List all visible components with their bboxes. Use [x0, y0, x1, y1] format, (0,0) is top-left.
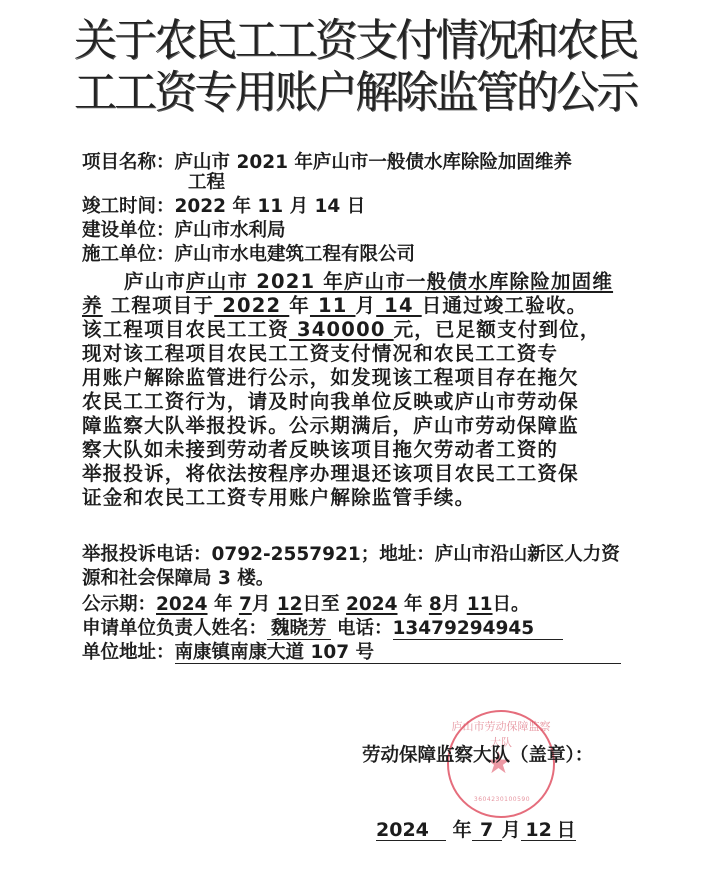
month-unit: 月: [252, 594, 271, 615]
completion-label: 竣工时间：: [82, 196, 175, 217]
notice-title-line-2: 工工资专用账户解除监管的公示: [7, 66, 703, 120]
day-suffix: 日。: [493, 594, 530, 615]
body-line-7: 障监察大队举报投诉。公示期满后，庐山市劳动保障监: [82, 414, 579, 438]
period-start-day: 12: [277, 594, 303, 615]
signature-org-label: 劳动保障监察大队（盖章）：: [362, 741, 593, 767]
completion-value: 2022 年 11 月 14 日: [175, 196, 366, 217]
year-unit: 年: [404, 594, 423, 615]
seal-number: 3604230100590: [467, 796, 537, 803]
sign-month: 7: [472, 820, 502, 841]
phone-value: 13479294945: [393, 619, 563, 640]
period-start-month: 7: [239, 594, 252, 615]
body-city: 庐山市: [124, 270, 186, 293]
contractor-value: 庐山市水电建筑工程有限公司: [175, 244, 416, 265]
day-to: 日至: [303, 594, 340, 615]
month-unit: 月: [355, 294, 376, 317]
address-row: 单位地址： 南康镇南康大道 107 号: [82, 642, 621, 664]
month-unit: 月: [502, 819, 521, 841]
period-label: 公示期：: [82, 594, 156, 615]
hotline-line: 举报投诉电话：0792-2557921；地址：庐山市沿山新区人力资: [82, 544, 620, 566]
body-line-4: 现对该工程项目农民工工资支付情况和农民工工资专: [82, 342, 558, 366]
period-end-day: 11: [467, 594, 493, 615]
builder-row: 建设单位：庐山市水利局: [82, 220, 286, 242]
leader-name: 魏晓芳: [267, 619, 331, 640]
project-name-fill: 庐山市 2021 年庐山市一般债水库除险加固维: [186, 270, 613, 293]
body-line-3: 该工程项目农民工工资 340000 元，已足额支付到位，: [82, 318, 601, 342]
sign-day: 12: [521, 820, 557, 841]
body-text: 元，已足额支付到位，: [394, 318, 601, 341]
contractor-row: 施工单位：庐山市水电建筑工程有限公司: [82, 244, 415, 266]
completion-day-fill: 14: [376, 294, 422, 317]
body-text: 该工程项目农民工工资: [82, 318, 289, 341]
wage-amount-fill: 340000: [289, 318, 394, 341]
body-line-8: 察大队如未接到劳动者反映该项目拖欠劳动者工资的: [82, 438, 558, 462]
project-name-continued: 工程: [188, 172, 225, 194]
hotline-line-2: 源和社会保障局 3 楼。: [82, 568, 274, 590]
period-start-year: 2024: [156, 594, 208, 615]
project-name-label: 项目名称：: [82, 152, 175, 173]
body-text: 工程项目于: [103, 294, 215, 317]
day-unit: 日: [557, 820, 576, 841]
completion-date-row: 竣工时间：2022 年 11 月 14 日: [82, 196, 365, 218]
completion-month-fill: 11: [310, 294, 356, 317]
period-end-month: 8: [429, 594, 442, 615]
notice-title-line-1: 关于农民工工资支付情况和农民: [7, 14, 703, 68]
completion-year-fill: 2022: [214, 294, 289, 317]
project-name-value: 庐山市 2021 年庐山市一般债水库除险加固维养: [175, 152, 572, 173]
address-label: 单位地址：: [82, 642, 175, 663]
contractor-label: 施工单位：: [82, 244, 175, 265]
project-name-fill-cont: 养: [82, 294, 103, 317]
leader-row: 申请单位负责人姓名： 魏晓芳 电话： 13479294945: [82, 618, 563, 640]
body-line-5: 用账户解除监管进行公示，如发现该工程项目存在拖欠: [82, 366, 579, 390]
builder-label: 建设单位：: [82, 220, 175, 241]
body-text: 日通过竣工验收。: [422, 294, 588, 317]
address-value: 南康镇南康大道 107 号: [175, 643, 621, 664]
year-unit: 年: [214, 594, 233, 615]
leader-label: 申请单位负责人姓名：: [82, 618, 267, 639]
sign-year: 2024: [376, 820, 446, 841]
body-line-9: 举报投诉，将依法按程序办理退还该项目农民工工资保: [82, 462, 579, 486]
project-name-row: 项目名称：庐山市 2021 年庐山市一般债水库除险加固维养: [82, 152, 572, 174]
notice-period-row: 公示期：2024 年 7月 12日至 2024 年 8月 11日。: [82, 594, 530, 616]
year-unit: 年: [453, 819, 472, 841]
phone-label: 电话：: [337, 618, 393, 639]
builder-value: 庐山市水利局: [175, 220, 286, 241]
signature-date: 2024 年 7 月 12 日: [376, 815, 576, 842]
year-unit: 年: [289, 294, 310, 317]
body-line-10: 证金和农民工工资专用账户解除监管手续。: [82, 486, 475, 510]
body-line-1: 庐山市庐山市 2021 年庐山市一般债水库除险加固维: [124, 270, 613, 294]
body-line-6: 农民工工资行为，请及时向我单位反映或庐山市劳动保: [82, 390, 579, 414]
body-line-2: 养 工程项目于 2022 年 11 月 14 日通过竣工验收。: [82, 294, 587, 318]
period-end-year: 2024: [346, 594, 398, 615]
month-unit: 月: [442, 594, 461, 615]
